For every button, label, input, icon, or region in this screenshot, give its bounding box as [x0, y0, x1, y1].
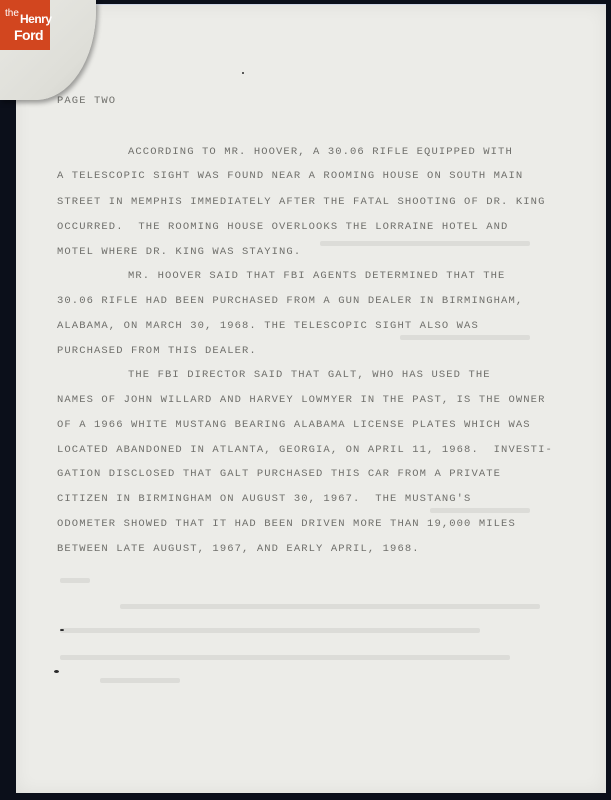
henry-ford-logo: the Henry Ford — [0, 0, 50, 50]
logo-ford: Ford — [14, 28, 43, 42]
text-line: A TELESCOPIC SIGHT WAS FOUND NEAR A ROOM… — [57, 170, 523, 182]
text-line: OF A 1966 WHITE MUSTANG BEARING ALABAMA … — [57, 419, 531, 431]
text-line: OCCURRED. THE ROOMING HOUSE OVERLOOKS TH… — [57, 221, 508, 233]
text-line: MOTEL WHERE DR. KING WAS STAYING. — [57, 246, 301, 258]
text-line: ALABAMA, ON MARCH 30, 1968. THE TELESCOP… — [57, 320, 479, 332]
text-line: LOCATED ABANDONED IN ATLANTA, GEORGIA, O… — [57, 444, 553, 456]
text-line: THE FBI DIRECTOR SAID THAT GALT, WHO HAS… — [128, 369, 491, 381]
text-line: ODOMETER SHOWED THAT IT HAD BEEN DRIVEN … — [57, 518, 516, 530]
text-line: ACCORDING TO MR. HOOVER, A 30.06 RIFLE E… — [128, 146, 513, 158]
text-line: 30.06 RIFLE HAD BEEN PURCHASED FROM A GU… — [57, 295, 523, 307]
logo-the: the — [5, 9, 19, 19]
text-line: CITIZEN IN BIRMINGHAM ON AUGUST 30, 1967… — [57, 493, 471, 505]
text-line: MR. HOOVER SAID THAT FBI AGENTS DETERMIN… — [128, 270, 505, 282]
text-line: GATION DISCLOSED THAT GALT PURCHASED THI… — [57, 468, 501, 480]
typed-text: PAGE TWO ACCORDING TO MR. HOOVER, A 30.0… — [0, 0, 611, 800]
logo-henry: Henry — [20, 13, 52, 25]
text-line: STREET IN MEMPHIS IMMEDIATELY AFTER THE … — [57, 196, 545, 208]
text-line: BETWEEN LATE AUGUST, 1967, AND EARLY APR… — [57, 543, 420, 555]
text-line: PURCHASED FROM THIS DEALER. — [57, 345, 257, 357]
page-label: PAGE TWO — [57, 95, 116, 107]
text-line: NAMES OF JOHN WILLARD AND HARVEY LOWMYER… — [57, 394, 545, 406]
